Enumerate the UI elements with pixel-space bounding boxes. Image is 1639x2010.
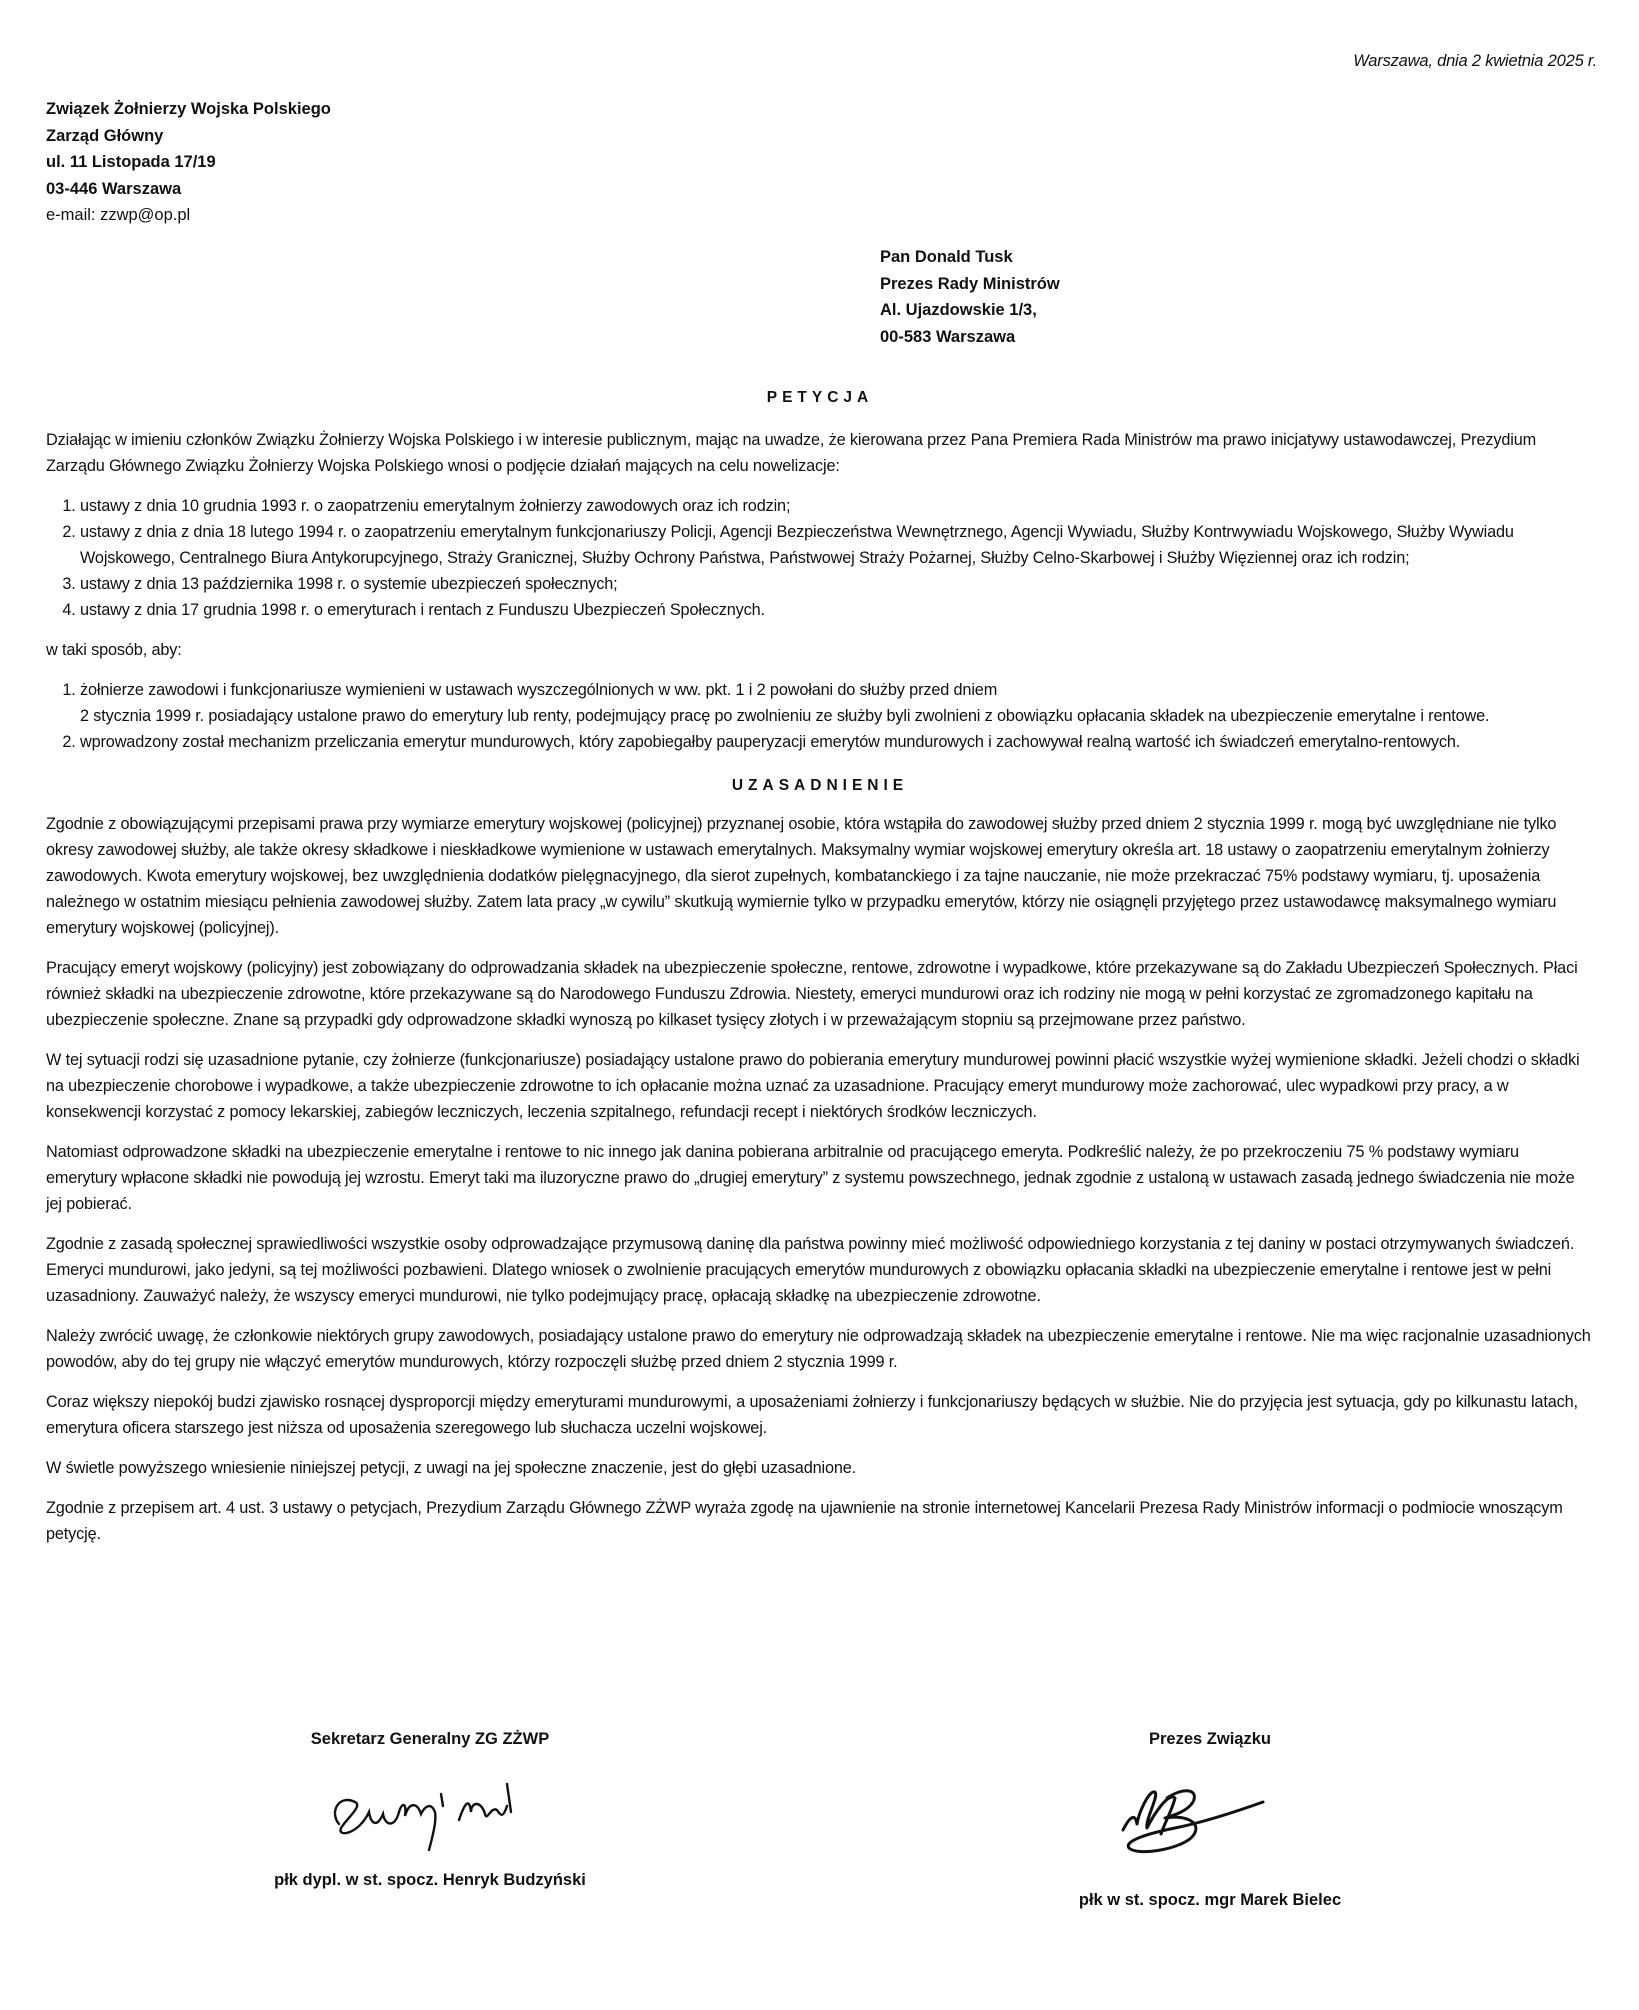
petition-heading: PETYCJA (46, 385, 1594, 411)
justification-paragraph: Coraz większy niepokój budzi zjawisko ro… (46, 1389, 1594, 1441)
recipient-address: Pan Donald Tusk Prezes Rady Ministrów Al… (880, 244, 1060, 350)
justification-paragraph: W świetle powyższego wniesienie niniejsz… (46, 1455, 1594, 1481)
justification-paragraph: Zgodnie z zasadą społecznej sprawiedliwo… (46, 1231, 1594, 1309)
list-item: ustawy z dnia 17 grudnia 1998 r. o emery… (80, 597, 1594, 623)
handwritten-signature-icon (1115, 1782, 1275, 1862)
signatory-name: płk w st. spocz. mgr Marek Bielec (1000, 1891, 1420, 1910)
signatory-role: Sekretarz Generalny ZG ZŻWP (230, 1730, 630, 1749)
sender-email: e-mail: zzwp@op.pl (46, 202, 331, 229)
signatory-role: Prezes Związku (1000, 1730, 1420, 1749)
recipient-street: Al. Ujazdowskie 1/3, (880, 297, 1060, 324)
laws-list: ustawy z dnia 10 grudnia 1993 r. o zaopa… (46, 493, 1594, 623)
recipient-title: Prezes Rady Ministrów (880, 271, 1060, 298)
justification-paragraph: Pracujący emeryt wojskowy (policyjny) je… (46, 955, 1594, 1033)
justification-paragraph: W tej sytuacji rodzi się uzasadnione pyt… (46, 1047, 1594, 1125)
sender-org: Związek Żołnierzy Wojska Polskiego (46, 96, 331, 123)
sender-city: 03-446 Warszawa (46, 176, 331, 203)
list-item: ustawy z dnia 13 października 1998 r. o … (80, 571, 1594, 597)
justification-paragraph: Natomiast odprowadzone składki na ubezpi… (46, 1139, 1594, 1217)
handwritten-signature-icon (325, 1772, 535, 1857)
recipient-name: Pan Donald Tusk (880, 244, 1060, 271)
justification-paragraph: Zgodnie z przepisem art. 4 ust. 3 ustawy… (46, 1495, 1594, 1547)
justification-heading: UZASADNIENIE (46, 773, 1594, 799)
date-line: Warszawa, dnia 2 kwietnia 2025 r. (1353, 52, 1597, 71)
signatory-name: płk dypl. w st. spocz. Henryk Budzyński (230, 1871, 630, 1890)
list-item: żołnierze zawodowi i funkcjonariusze wym… (80, 677, 1594, 729)
list-item: ustawy z dnia z dnia 18 lutego 1994 r. o… (80, 519, 1594, 571)
recipient-city: 00-583 Warszawa (880, 324, 1060, 351)
signature-block: Sekretarz Generalny ZG ZŻWP płk dypl. w … (0, 1730, 1639, 1990)
demand-line: żołnierze zawodowi i funkcjonariusze wym… (80, 681, 997, 699)
list-item: ustawy z dnia 10 grudnia 1993 r. o zaopa… (80, 493, 1594, 519)
petition-transition: w taki sposób, aby: (46, 637, 1594, 663)
justification-paragraph: Zgodnie z obowiązującymi przepisami praw… (46, 811, 1594, 941)
petition-intro: Działając w imieniu członków Związku Żoł… (46, 427, 1594, 479)
justification-paragraph: Należy zwrócić uwagę, że członkowie niek… (46, 1323, 1594, 1375)
sender-unit: Zarząd Główny (46, 123, 331, 150)
petition-document: Warszawa, dnia 2 kwietnia 2025 r. Związe… (0, 0, 1639, 2010)
document-body: PETYCJA Działając w imieniu członków Zwi… (46, 385, 1594, 1561)
sender-address: Związek Żołnierzy Wojska Polskiego Zarzą… (46, 96, 331, 229)
sender-street: ul. 11 Listopada 17/19 (46, 149, 331, 176)
list-item: wprowadzony został mechanizm przeliczani… (80, 729, 1594, 755)
demand-line: 2 stycznia 1999 r. posiadający ustalone … (80, 707, 1489, 725)
demands-list: żołnierze zawodowi i funkcjonariusze wym… (46, 677, 1594, 755)
demand-line: wprowadzony został mechanizm przeliczani… (80, 733, 1460, 751)
